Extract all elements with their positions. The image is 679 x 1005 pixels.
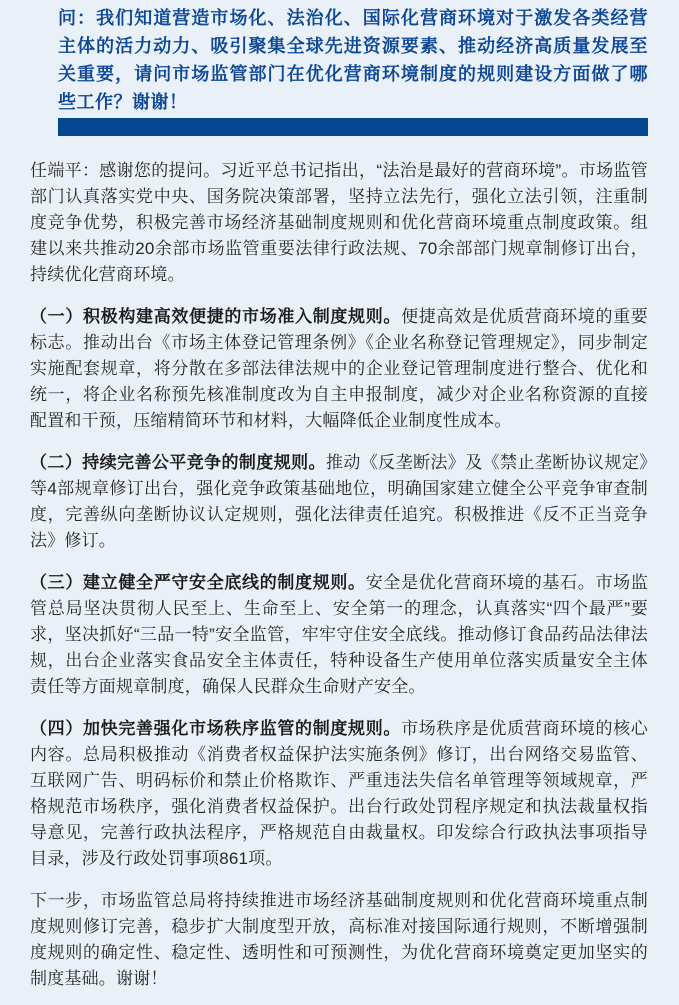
answer-point-4-paragraph: （四）加快完善强化市场秩序监管的制度规则。市场秩序是优质营商环境的核心内容。总局… xyxy=(30,716,648,872)
answer-closing-paragraph: 下一步，市场监管总局将持续推进市场经济基础制度规则和优化营商环境重点制度规则修订… xyxy=(30,888,648,992)
transcript-page: 问：我们知道营造市场化、法治化、国际化营商环境对于激发各类经营主体的活力动力、吸… xyxy=(0,0,679,992)
answer-point-2-paragraph: （二）持续完善公平竞争的制度规则。推动《反垄断法》及《禁止垄断协议规定》等4部规… xyxy=(30,450,648,554)
answer-point-3-lead: （三）建立健全严守安全底线的制度规则。 xyxy=(30,573,366,592)
answer-point-1-paragraph: （一）积极构建高效便捷的市场准入制度规则。便捷高效是优质营商环境的重要标志。推动… xyxy=(30,304,648,434)
answer-point-4-body: 市场秩序是优质营商环境的核心内容。总局积极推动《消费者权益保护法实施条例》修订，… xyxy=(30,719,648,868)
question-divider-bar xyxy=(58,118,648,136)
answer-point-1-lead: （一）积极构建高效便捷的市场准入制度规则。 xyxy=(30,307,401,326)
answer-point-4-lead: （四）加快完善强化市场秩序监管的制度规则。 xyxy=(30,719,401,738)
answer-section: 任端平：感谢您的提问。习近平总书记指出，“法治是最好的营商环境”。市场监管部门认… xyxy=(30,158,648,992)
question-text: 问：我们知道营造市场化、法治化、国际化营商环境对于激发各类经营主体的活力动力、吸… xyxy=(58,4,648,116)
answer-point-2-lead: （二）持续完善公平竞争的制度规则。 xyxy=(30,453,326,472)
answer-point-3-paragraph: （三）建立健全严守安全底线的制度规则。安全是优化营商环境的基石。市场监管总局坚决… xyxy=(30,570,648,700)
answer-intro-paragraph: 任端平：感谢您的提问。习近平总书记指出，“法治是最好的营商环境”。市场监管部门认… xyxy=(30,158,648,288)
